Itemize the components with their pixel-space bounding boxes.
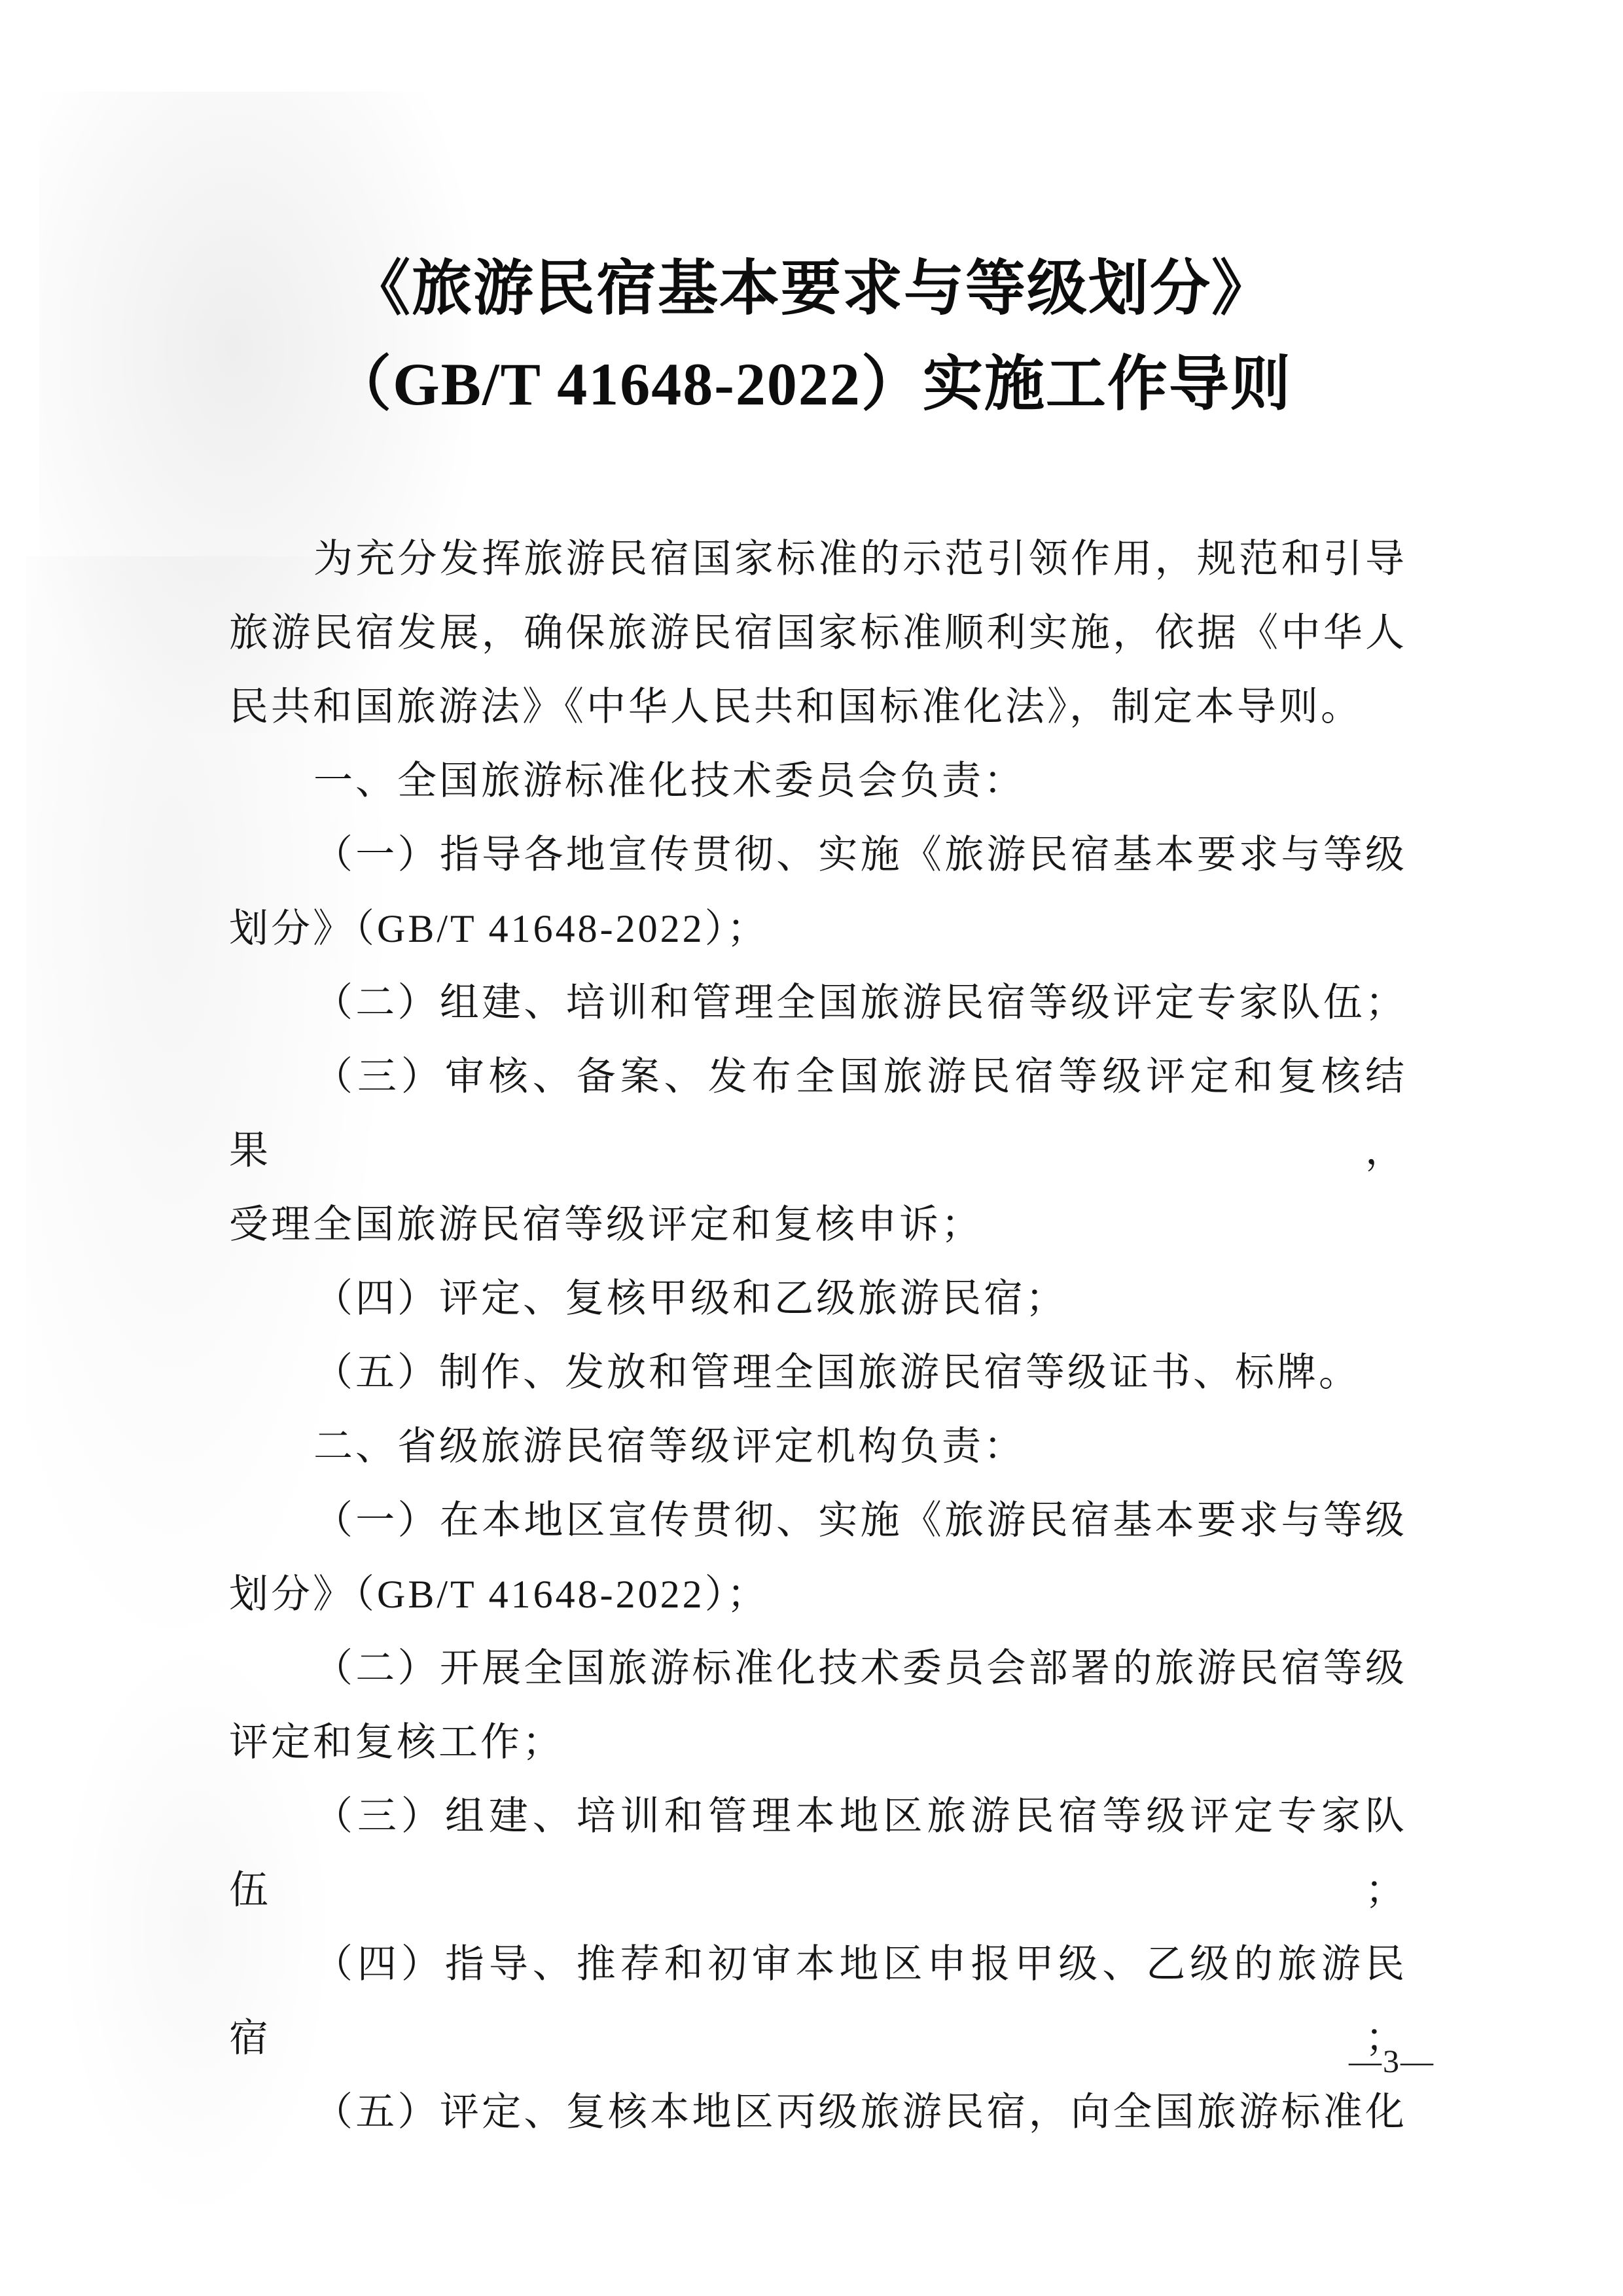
body-line: 划分》（GB/T 41648-2022）； xyxy=(229,1558,1407,1632)
body-line: 民共和国旅游法》《中华人民共和国标准化法》，制定本导则。 xyxy=(229,670,1407,744)
document-title-line1: 《旅游民宿基本要求与等级划分》 xyxy=(0,241,1623,336)
body-line: （三）审核、备案、发布全国旅游民宿等级评定和复核结果， xyxy=(229,1040,1407,1188)
body-line: 为充分发挥旅游民宿国家标准的示范引领作用，规范和引导 xyxy=(229,522,1407,596)
body-line: 受理全国旅游民宿等级评定和复核申诉； xyxy=(229,1188,1407,1262)
body-line: （四）指导、推荐和初审本地区申报甲级、乙级的旅游民宿； xyxy=(229,1928,1407,2075)
body-line: （二）组建、培训和管理全国旅游民宿等级评定专家队伍； xyxy=(229,966,1407,1040)
page-number: —3— xyxy=(1349,2042,1435,2080)
body-line: （三）组建、培训和管理本地区旅游民宿等级评定专家队伍； xyxy=(229,1780,1407,1928)
body-line: （二）开展全国旅游标准化技术委员会部署的旅游民宿等级 xyxy=(229,1632,1407,1706)
body-line: （一）在本地区宣传贯彻、实施《旅游民宿基本要求与等级 xyxy=(229,1484,1407,1558)
document-body: 为充分发挥旅游民宿国家标准的示范引领作用，规范和引导旅游民宿发展，确保旅游民宿国… xyxy=(229,522,1407,2149)
body-line: （五）评定、复核本地区丙级旅游民宿，向全国旅游标准化 xyxy=(229,2075,1407,2149)
body-line: 划分》（GB/T 41648-2022）； xyxy=(229,892,1407,966)
body-line: （五）制作、发放和管理全国旅游民宿等级证书、标牌。 xyxy=(229,1336,1407,1410)
body-line: （一）指导各地宣传贯彻、实施《旅游民宿基本要求与等级 xyxy=(229,818,1407,892)
document-page: 《旅游民宿基本要求与等级划分》 （GB/T 41648-2022）实施工作导则 … xyxy=(0,0,1623,2296)
body-line: 旅游民宿发展，确保旅游民宿国家标准顺利实施，依据《中华人 xyxy=(229,596,1407,670)
body-line: 一、全国旅游标准化技术委员会负责： xyxy=(229,744,1407,818)
body-line: （四）评定、复核甲级和乙级旅游民宿； xyxy=(229,1262,1407,1336)
document-title-line2: （GB/T 41648-2022）实施工作导则 xyxy=(0,336,1623,432)
body-line: 二、省级旅游民宿等级评定机构负责： xyxy=(229,1410,1407,1484)
body-line: 评定和复核工作； xyxy=(229,1706,1407,1780)
document-title: 《旅游民宿基本要求与等级划分》 （GB/T 41648-2022）实施工作导则 xyxy=(0,241,1623,432)
